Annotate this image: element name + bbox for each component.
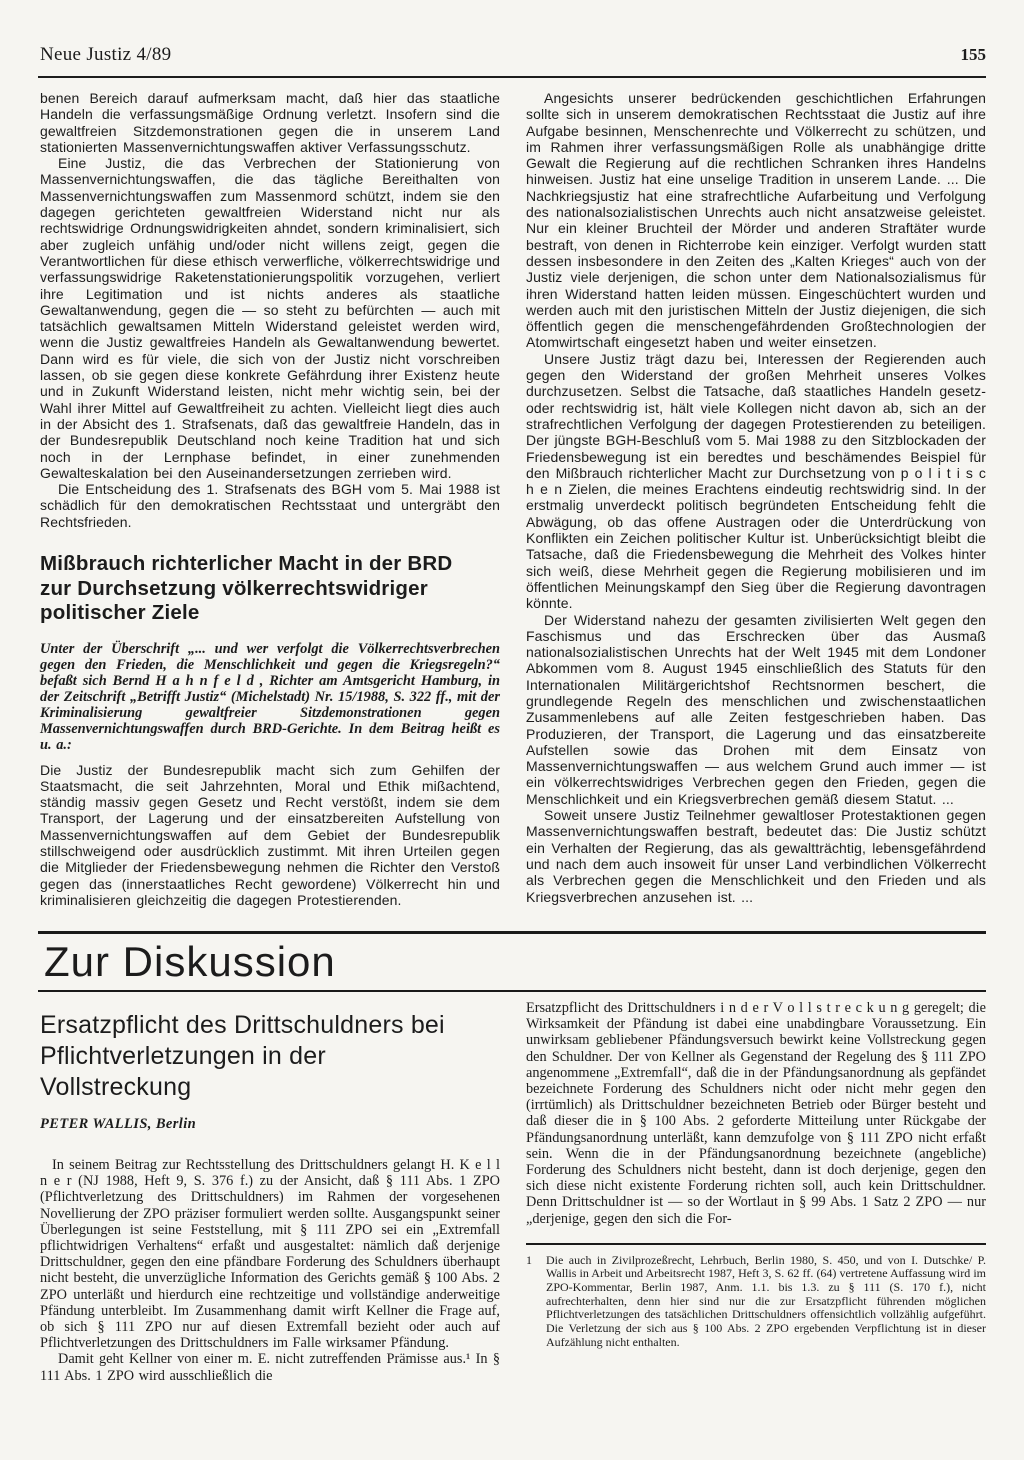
- author-byline: PETER WALLIS, Berlin: [40, 1116, 500, 1133]
- paragraph: Soweit unsere Justiz Teilnehmer gewaltlo…: [526, 807, 986, 905]
- paragraph: Damit geht Kellner von einer m. E. nicht…: [40, 1351, 500, 1383]
- paragraph: Die Entscheidung des 1. Strafsenats des …: [40, 481, 500, 530]
- paragraph: Unsere Justiz trägt dazu bei, Interessen…: [526, 351, 986, 612]
- paragraph: In seinem Beitrag zur Rechtsstellung des…: [40, 1157, 500, 1351]
- footnote-marker: 1: [526, 1254, 546, 1350]
- quoted-paragraph: Die Justiz der Bundesrepublik macht sich…: [40, 762, 500, 909]
- header-rule: [38, 76, 986, 78]
- paragraph: Ersatzpflicht des Drittschuldners i n d …: [526, 1000, 986, 1227]
- document-page: Neue Justiz 4/89 155 benen Bereich darau…: [0, 0, 1024, 1460]
- footnote: 1 Die auch in Zivilprozeßrecht, Lehrbuch…: [526, 1254, 986, 1350]
- article2-title: Ersatzpflicht des Drittschuldners bei Pf…: [40, 1010, 480, 1103]
- article2: Ersatzpflicht des Drittschuldners bei Pf…: [40, 1008, 986, 1438]
- article1-right-column: Angesichts unserer bedrückenden geschich…: [526, 90, 986, 932]
- section-title: Zur Diskussion: [38, 939, 986, 985]
- banner-bottom-rule: [38, 990, 986, 993]
- footnote-text: Die auch in Zivilprozeßrecht, Lehrbuch, …: [546, 1254, 986, 1350]
- article2-right-column: Ersatzpflicht des Drittschuldners i n d …: [526, 1000, 986, 1438]
- journal-title: Neue Justiz 4/89: [40, 44, 171, 66]
- article1-left-column: benen Bereich darauf aufmerksam macht, d…: [40, 90, 500, 932]
- paragraph: Der Widerstand nahezu der gesamten zivil…: [526, 612, 986, 808]
- banner-top-rule: [38, 931, 986, 934]
- page-number: 155: [961, 45, 987, 65]
- footnote-rule: [526, 1243, 986, 1245]
- article1-heading: Mißbrauch richterlicher Macht in der BRD…: [40, 552, 460, 626]
- paragraph: Eine Justiz, die das Verbrechen der Stat…: [40, 155, 500, 481]
- paragraph: Angesichts unserer bedrückenden geschich…: [526, 90, 986, 351]
- article1: benen Bereich darauf aufmerksam macht, d…: [40, 90, 986, 932]
- page-header: Neue Justiz 4/89 155: [40, 44, 986, 66]
- section-banner: Zur Diskussion: [38, 931, 986, 992]
- paragraph: benen Bereich darauf aufmerksam macht, d…: [40, 90, 500, 155]
- article2-left-column: Ersatzpflicht des Drittschuldners bei Pf…: [40, 1008, 500, 1438]
- editorial-intro-paragraph: Unter der Überschrift „... und wer verfo…: [40, 641, 500, 753]
